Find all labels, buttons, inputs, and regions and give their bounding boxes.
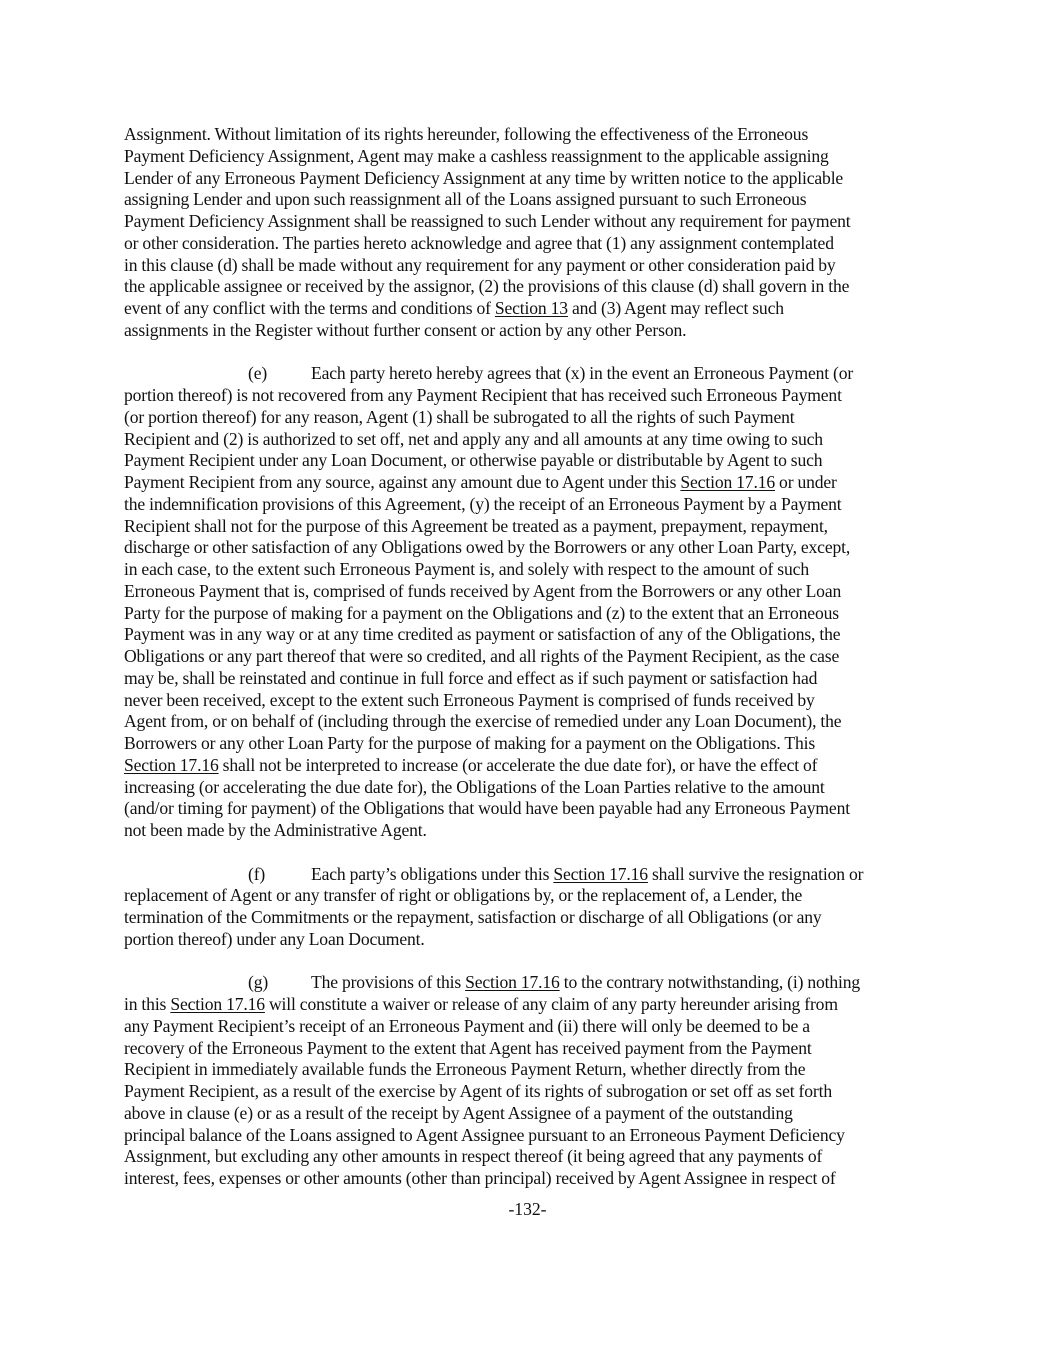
text-line: replacement of Agent or any transfer of … [124, 885, 930, 907]
section-reference-link[interactable]: Section 17.16 [124, 755, 219, 775]
text-run: portion thereof) under any Loan Document… [124, 929, 425, 949]
text-run: and (3) Agent may reflect such [568, 298, 784, 318]
text-line: the applicable assignee or received by t… [124, 276, 930, 298]
text-line: (f)Each party’s obligations under this S… [124, 864, 930, 886]
text-run: replacement of Agent or any transfer of … [124, 885, 802, 905]
text-run: Agent from, or on behalf of (including t… [124, 711, 841, 731]
text-line: any Payment Recipient’s receipt of an Er… [124, 1016, 930, 1038]
text-run: (and/or timing for payment) of the Oblig… [124, 798, 850, 818]
text-line: above in clause (e) or as a result of th… [124, 1103, 930, 1125]
section-reference-link[interactable]: Section 17.16 [170, 994, 265, 1014]
paragraph-e: (e)Each party hereto hereby agrees that … [124, 363, 930, 842]
text-line: in this Section 17.16 will constitute a … [124, 994, 930, 1016]
text-line: (g)The provisions of this Section 17.16 … [124, 972, 930, 994]
text-run: termination of the Commitments or the re… [124, 907, 822, 927]
text-run: (or portion thereof) for any reason, Age… [124, 407, 795, 427]
text-line: never been received, except to the exten… [124, 690, 930, 712]
section-reference-link[interactable]: Section 17.16 [553, 864, 648, 884]
text-run: or other consideration. The parties here… [124, 233, 834, 253]
text-line: Payment Deficiency Assignment, Agent may… [124, 146, 930, 168]
text-run: the applicable assignee or received by t… [124, 276, 849, 296]
paragraph-f: (f)Each party’s obligations under this S… [124, 864, 930, 951]
text-run: discharge or other satisfaction of any O… [124, 537, 850, 557]
text-line: discharge or other satisfaction of any O… [124, 537, 930, 559]
text-run: not been made by the Administrative Agen… [124, 820, 427, 840]
text-run: in each case, to the extent such Erroneo… [124, 559, 809, 579]
text-run: Recipient in immediately available funds… [124, 1059, 805, 1079]
text-run: Obligations or any part thereof that wer… [124, 646, 839, 666]
text-run: Recipient shall not for the purpose of t… [124, 516, 828, 536]
text-run: recovery of the Erroneous Payment to the… [124, 1038, 812, 1058]
text-line: Party for the purpose of making for a pa… [124, 603, 930, 625]
text-line: Assignment. Without limitation of its ri… [124, 124, 930, 146]
text-line: Agent from, or on behalf of (including t… [124, 711, 930, 733]
section-reference-link[interactable]: Section 17.16 [465, 972, 560, 992]
text-line: Payment was in any way or at any time cr… [124, 624, 930, 646]
text-line: may be, shall be reinstated and continue… [124, 668, 930, 690]
text-run: Party for the purpose of making for a pa… [124, 603, 839, 623]
text-line: termination of the Commitments or the re… [124, 907, 930, 929]
text-run: Payment Deficiency Assignment, Agent may… [124, 146, 829, 166]
text-run: increasing (or accelerating the due date… [124, 777, 825, 797]
text-line: the indemnification provisions of this A… [124, 494, 930, 516]
text-run: assignments in the Register without furt… [124, 320, 686, 340]
text-run: Payment was in any way or at any time cr… [124, 624, 840, 644]
text-line: Recipient shall not for the purpose of t… [124, 516, 930, 538]
clause-label: (f) [248, 864, 311, 886]
text-line: Recipient and (2) is authorized to set o… [124, 429, 930, 451]
text-line: Assignment, but excluding any other amou… [124, 1146, 930, 1168]
text-run: any Payment Recipient’s receipt of an Er… [124, 1016, 810, 1036]
text-line: portion thereof) is not recovered from a… [124, 385, 930, 407]
text-run: Erroneous Payment that is, comprised of … [124, 581, 841, 601]
text-run: in this clause (d) shall be made without… [124, 255, 836, 275]
text-line: Recipient in immediately available funds… [124, 1059, 930, 1081]
text-run: event of any conflict with the terms and… [124, 298, 495, 318]
text-run: assigning Lender and upon such reassignm… [124, 189, 807, 209]
text-line: assigning Lender and upon such reassignm… [124, 189, 930, 211]
text-line: Payment Deficiency Assignment shall be r… [124, 211, 930, 233]
text-run: never been received, except to the exten… [124, 690, 815, 710]
text-run: in this [124, 994, 170, 1014]
text-run: will constitute a waiver or release of a… [265, 994, 838, 1014]
text-line: in this clause (d) shall be made without… [124, 255, 930, 277]
text-line: Payment Recipient from any source, again… [124, 472, 930, 494]
text-line: Borrowers or any other Loan Party for th… [124, 733, 930, 755]
text-line: principal balance of the Loans assigned … [124, 1125, 930, 1147]
paragraph-g: (g)The provisions of this Section 17.16 … [124, 972, 930, 1190]
text-run: interest, fees, expenses or other amount… [124, 1168, 836, 1188]
text-line: interest, fees, expenses or other amount… [124, 1168, 930, 1190]
document-page: Assignment. Without limitation of its ri… [124, 124, 930, 1212]
text-run: portion thereof) is not recovered from a… [124, 385, 842, 405]
text-run: shall not be interpreted to increase (or… [219, 755, 818, 775]
text-line: Payment Recipient, as a result of the ex… [124, 1081, 930, 1103]
text-line: recovery of the Erroneous Payment to the… [124, 1038, 930, 1060]
text-line: (or portion thereof) for any reason, Age… [124, 407, 930, 429]
text-run: Each party hereto hereby agrees that (x)… [311, 363, 853, 383]
section-reference-link[interactable]: Section 17.16 [680, 472, 775, 492]
text-run: Assignment. Without limitation of its ri… [124, 124, 808, 144]
text-line: increasing (or accelerating the due date… [124, 777, 930, 799]
text-run: may be, shall be reinstated and continue… [124, 668, 817, 688]
paragraph-d-continued: Assignment. Without limitation of its ri… [124, 124, 930, 342]
text-line: Lender of any Erroneous Payment Deficien… [124, 168, 930, 190]
text-run: Each party’s obligations under this [311, 864, 553, 884]
text-line: (e)Each party hereto hereby agrees that … [124, 363, 930, 385]
page-number: -132- [0, 1198, 1055, 1220]
text-line: Payment Recipient under any Loan Documen… [124, 450, 930, 472]
text-line: Obligations or any part thereof that wer… [124, 646, 930, 668]
text-line: Section 17.16 shall not be interpreted t… [124, 755, 930, 777]
clause-label: (e) [248, 363, 311, 385]
text-run: Recipient and (2) is authorized to set o… [124, 429, 823, 449]
text-run: Payment Recipient under any Loan Documen… [124, 450, 822, 470]
text-run: The provisions of this [311, 972, 465, 992]
text-line: event of any conflict with the terms and… [124, 298, 930, 320]
text-run: Payment Deficiency Assignment shall be r… [124, 211, 851, 231]
text-run: Lender of any Erroneous Payment Deficien… [124, 168, 843, 188]
text-run: Payment Recipient from any source, again… [124, 472, 680, 492]
text-line: assignments in the Register without furt… [124, 320, 930, 342]
text-run: or under [775, 472, 837, 492]
text-run: Borrowers or any other Loan Party for th… [124, 733, 815, 753]
text-run: above in clause (e) or as a result of th… [124, 1103, 793, 1123]
text-run: to the contrary notwithstanding, (i) not… [560, 972, 860, 992]
text-run: Assignment, but excluding any other amou… [124, 1146, 822, 1166]
text-run: Payment Recipient, as a result of the ex… [124, 1081, 832, 1101]
text-line: (and/or timing for payment) of the Oblig… [124, 798, 930, 820]
text-line: in each case, to the extent such Erroneo… [124, 559, 930, 581]
clause-label: (g) [248, 972, 311, 994]
text-run: principal balance of the Loans assigned … [124, 1125, 845, 1145]
text-line: or other consideration. The parties here… [124, 233, 930, 255]
section-reference-link[interactable]: Section 13 [495, 298, 568, 318]
text-run: shall survive the resignation or [648, 864, 863, 884]
text-line: Erroneous Payment that is, comprised of … [124, 581, 930, 603]
text-run: the indemnification provisions of this A… [124, 494, 842, 514]
text-line: not been made by the Administrative Agen… [124, 820, 930, 842]
text-line: portion thereof) under any Loan Document… [124, 929, 930, 951]
